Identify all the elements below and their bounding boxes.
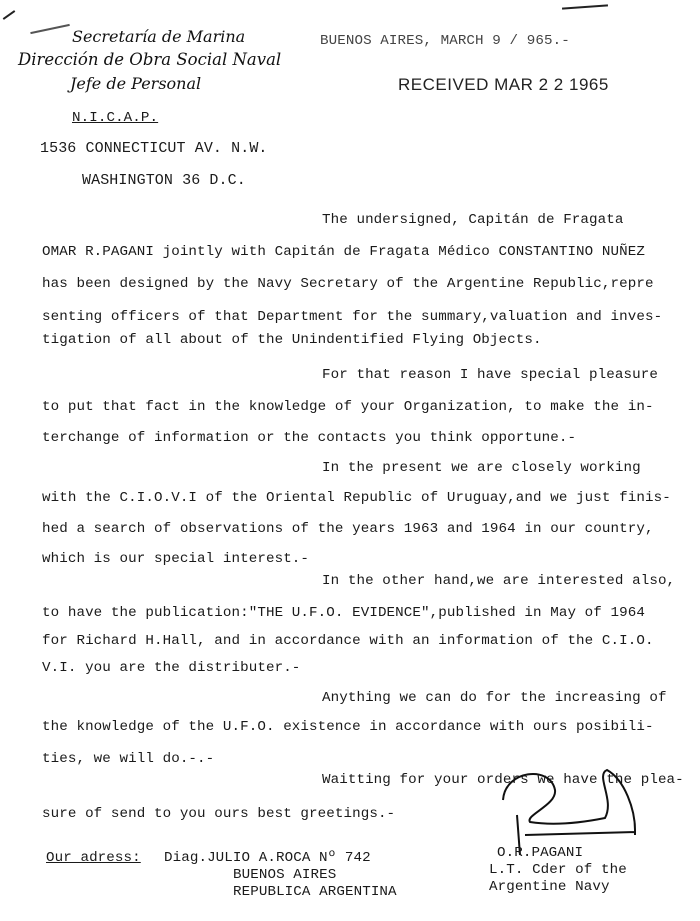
body-line: Anything we can do for the increasing of [322,690,667,706]
body-line: to have the publication:"THE U.F.O. EVID… [42,605,645,621]
address-line-3: REPUBLICA ARGENTINA [233,884,397,900]
letterhead-line-2: Dirección de Obra Social Naval [18,50,281,69]
address-line-1: Diag.JULIO A.ROCA Nº 742 [164,850,371,866]
address-line-2: BUENOS AIRES [233,867,336,883]
body-line: has been designed by the Navy Secretary … [42,276,654,292]
body-line: which is our special interest.- [42,551,309,567]
body-line: to put that fact in the knowledge of you… [42,399,654,415]
body-line: V.I. you are the distributer.- [42,660,300,676]
scan-mark [30,24,69,34]
signature-title-1: L.T. Cder of the [489,862,627,878]
body-line: ties, we will do.-.- [42,751,214,767]
body-line: In the other hand,we are interested also… [322,573,675,589]
body-line: terchange of information or the contacts… [42,430,576,446]
address-label: Our adress: [46,850,141,866]
body-line: For that reason I have special pleasure [322,367,658,383]
body-line: In the present we are closely working [322,460,641,476]
body-line: OMAR R.PAGANI jointly with Capitán de Fr… [42,244,645,260]
recipient-org: N.I.C.A.P. [72,110,158,126]
body-line: the knowledge of the U.F.O. existence in… [42,719,654,735]
signature-title-2: Argentine Navy [489,879,610,895]
body-line: with the C.I.O.V.I of the Oriental Repub… [42,490,671,506]
scan-mark [562,4,608,9]
received-stamp: RECEIVED MAR 2 2 1965 [398,75,609,95]
body-line: sure of send to you ours best greetings.… [42,806,395,822]
body-line: senting officers of that Department for … [42,309,662,325]
body-line: The undersigned, Capitán de Fragata [322,212,624,228]
dateline: BUENOS AIRES, MARCH 9 / 965.- [320,33,570,49]
body-line: hed a search of observations of the year… [42,521,654,537]
scan-mark [3,10,16,20]
body-line: for Richard H.Hall, and in accordance wi… [42,633,654,649]
signature-name: O.R.PAGANI [497,845,583,861]
recipient-address-1: 1536 CONNECTICUT AV. N.W. [40,140,268,157]
letterhead-line-3: Jefe de Personal [70,74,201,93]
body-line: tigation of all about of the Unindentifi… [42,332,542,348]
letterhead-line-1: Secretaría de Marina [72,27,245,46]
recipient-address-2: WASHINGTON 36 D.C. [82,172,246,189]
